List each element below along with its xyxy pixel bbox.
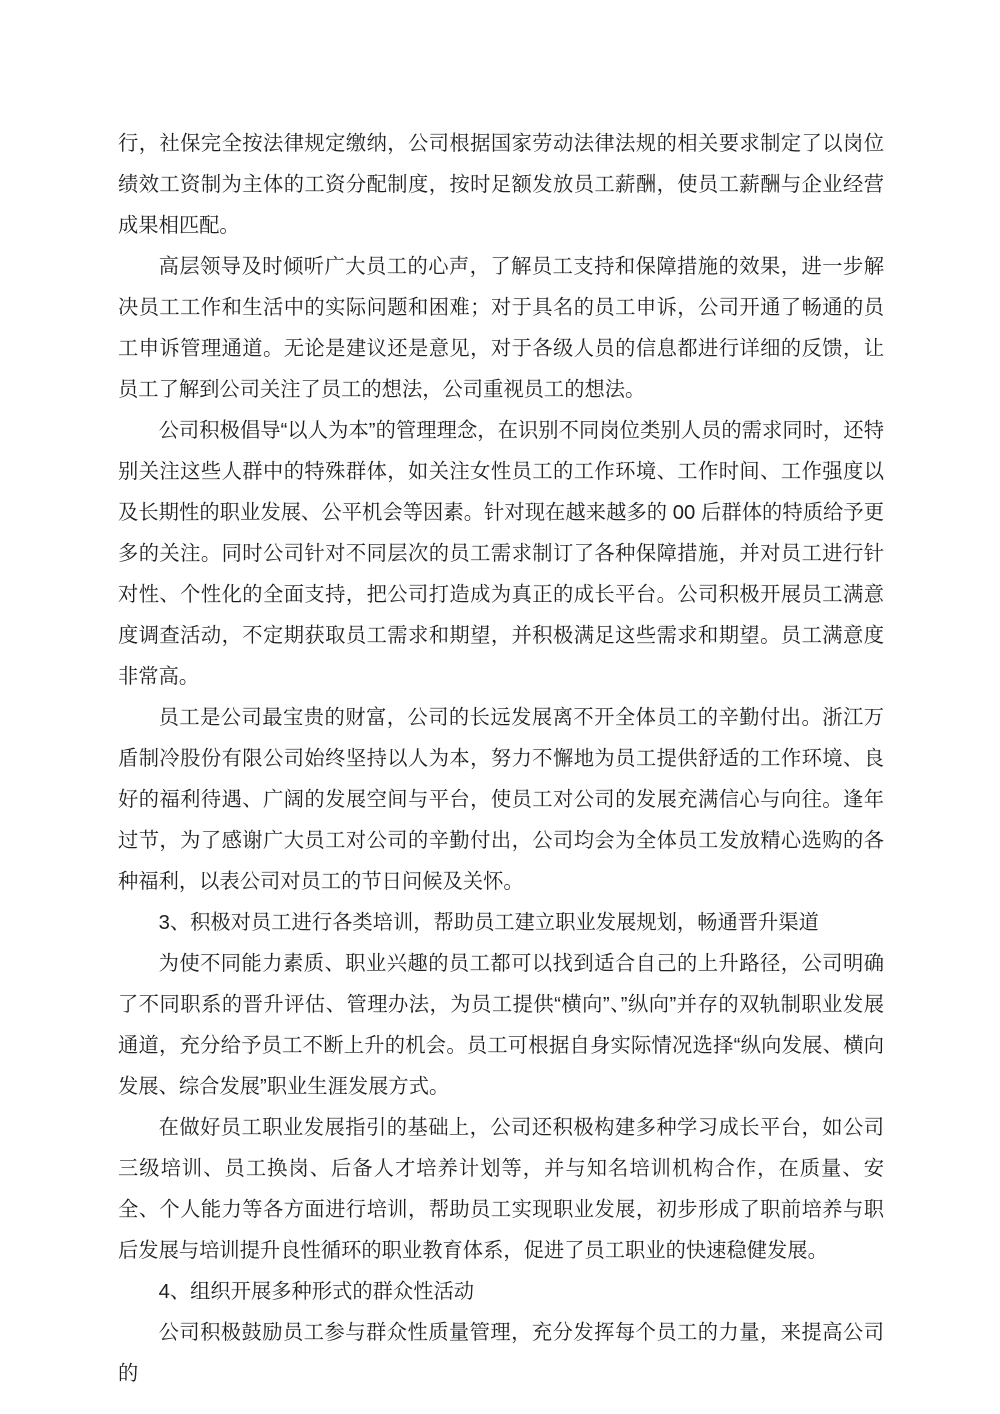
document-page: 行，社保完全按法律规定缴纳，公司根据国家劳动法律法规的相关要求制定了以岗位绩效工… (0, 0, 1000, 1414)
paragraph-salary-continuation: 行，社保完全按法律规定缴纳，公司根据国家劳动法律法规的相关要求制定了以岗位绩效工… (118, 124, 884, 247)
paragraph-dual-track-career: 为使不同能力素质、职业兴趣的员工都可以找到适合自己的上升路径，公司明确了不同职系… (118, 944, 884, 1108)
document-body: 行，社保完全按法律规定缴纳，公司根据国家劳动法律法规的相关要求制定了以岗位绩效工… (118, 124, 884, 1395)
paragraph-learning-platforms: 在做好员工职业发展指引的基础上，公司还积极构建多种学习成长平台，如公司三级培训、… (118, 1108, 884, 1272)
paragraph-leadership-feedback: 高层领导及时倾听广大员工的心声，了解员工支持和保障措施的效果，进一步解决员工工作… (118, 247, 884, 411)
section-heading-3-training: 3、积极对员工进行各类培训，帮助员工建立职业发展规划，畅通晋升渠道 (118, 903, 884, 944)
paragraph-people-oriented: 公司积极倡导“以人为本”的管理理念，在识别不同岗位类别人员的需求同时，还特别关注… (118, 411, 884, 698)
paragraph-mass-quality-management: 公司积极鼓励员工参与群众性质量管理，充分发挥每个员工的力量，来提高公司的 (118, 1313, 884, 1395)
paragraph-employee-wealth: 员工是公司最宝贵的财富，公司的长远发展离不开全体员工的辛勤付出。浙江万盾制冷股份… (118, 698, 884, 903)
section-heading-4-mass-activities: 4、组织开展多种形式的群众性活动 (118, 1272, 884, 1313)
